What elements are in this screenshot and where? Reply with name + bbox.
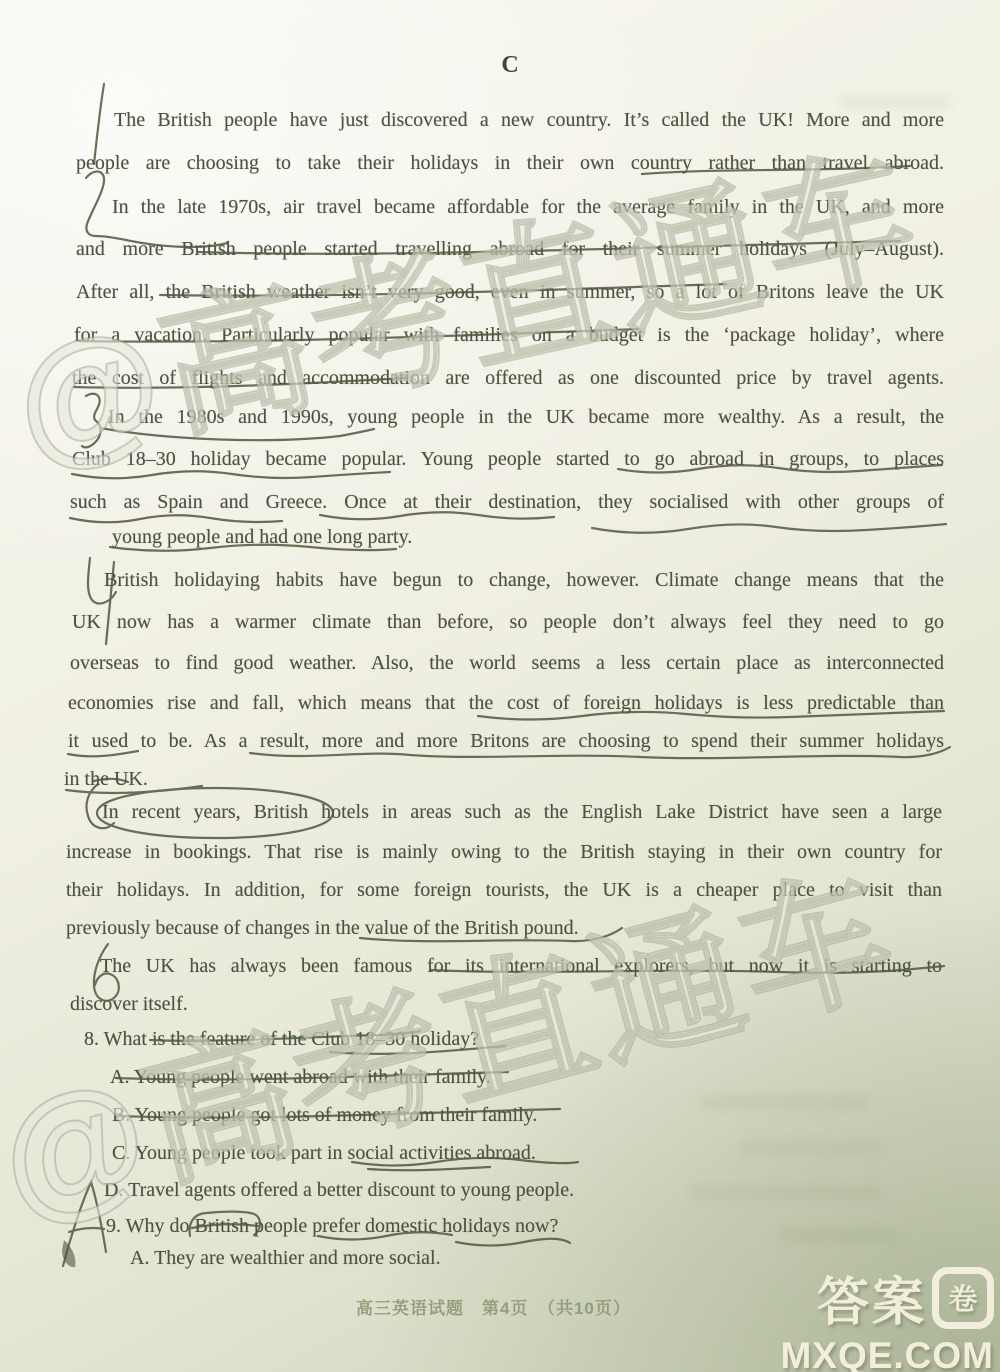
logo-badge-glyph: 卷: [948, 1277, 977, 1318]
scanned-exam-page: C The British people have just discovere…: [0, 0, 1000, 1372]
logo-brand-text: 答案: [817, 1260, 927, 1335]
mxqe-logo: 答案 卷 MXQE.COM: [780, 1260, 994, 1372]
logo-badge-icon: 卷: [932, 1267, 994, 1329]
logo-site-text: MXQE.COM: [780, 1335, 994, 1372]
site-logo-layer: 答案 卷 MXQE.COM: [0, 0, 1000, 1372]
